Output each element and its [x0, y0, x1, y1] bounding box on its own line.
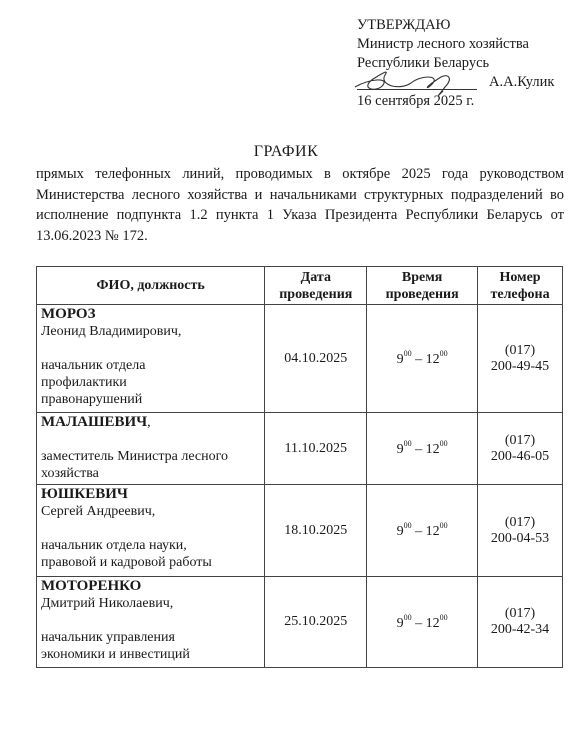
table-row: МОРОЗЛеонид Владимирович,начальник отдел…: [37, 305, 563, 413]
table-header-row: ФИО, должность Датапроведения Времяпрове…: [37, 267, 563, 305]
table-row: ЮШКЕВИЧСергей Андреевич,начальник отдела…: [37, 485, 563, 577]
phone-cell: (017)200-42-34: [478, 577, 563, 668]
header-fio: ФИО, должность: [37, 267, 265, 305]
given-name: Сергей Андреевич,: [41, 503, 260, 520]
fio-cell: МОТОРЕНКОДмитрий Николаевич,начальник уп…: [37, 577, 265, 668]
approval-block: УТВЕРЖДАЮ Министр лесного хозяйства Респ…: [357, 16, 529, 111]
time-cell: 900 – 1200: [367, 485, 478, 577]
position-line: начальник отдела: [41, 357, 260, 374]
name-suffix: ,: [147, 415, 151, 430]
date-cell: 11.10.2025: [265, 413, 367, 485]
table-row: МАЛАШЕВИЧ,заместитель Министра лесногохо…: [37, 413, 563, 485]
signature-line: [357, 89, 477, 90]
table-row: МОТОРЕНКОДмитрий Николаевич,начальник уп…: [37, 577, 563, 668]
header-date: Датапроведения: [265, 267, 367, 305]
position-line: профилактики: [41, 374, 260, 391]
phone-cell: (017)200-04-53: [478, 485, 563, 577]
position-line: правонарушений: [41, 391, 260, 408]
position-line: начальник управления: [41, 629, 260, 646]
fio-cell: МАЛАШЕВИЧ,заместитель Министра лесногохо…: [37, 413, 265, 485]
position-line: начальник отдела науки,: [41, 537, 260, 554]
position-line: хозяйства: [41, 465, 260, 482]
time-cell: 900 – 1200: [367, 413, 478, 485]
time-cell: 900 – 1200: [367, 305, 478, 413]
approval-position-line1: Министр лесного хозяйства: [357, 35, 529, 54]
position-line: экономики и инвестиций: [41, 646, 260, 663]
given-name: Дмитрий Николаевич,: [41, 595, 260, 612]
phone-cell: (017)200-49-45: [478, 305, 563, 413]
position-line: заместитель Министра лесного: [41, 448, 260, 465]
surname: МОТОРЕНКО: [41, 578, 141, 594]
date-cell: 04.10.2025: [265, 305, 367, 413]
schedule-table: ФИО, должность Датапроведения Времяпрове…: [36, 266, 563, 668]
phone-cell: (017)200-46-05: [478, 413, 563, 485]
date-cell: 18.10.2025: [265, 485, 367, 577]
surname: ЮШКЕВИЧ: [41, 486, 128, 502]
header-phone: Номертелефона: [478, 267, 563, 305]
time-cell: 900 – 1200: [367, 577, 478, 668]
document-subtitle: прямых телефонных линий, проводимых в ок…: [36, 164, 564, 246]
fio-cell: ЮШКЕВИЧСергей Андреевич,начальник отдела…: [37, 485, 265, 577]
fio-cell: МОРОЗЛеонид Владимирович,начальник отдел…: [37, 305, 265, 413]
surname: МАЛАШЕВИЧ: [41, 414, 147, 430]
signer-name: А.А.Кулик: [489, 73, 554, 92]
position-line: правовой и кадровой работы: [41, 554, 260, 571]
signature-icon: [349, 65, 479, 97]
date-cell: 25.10.2025: [265, 577, 367, 668]
approval-heading: УТВЕРЖДАЮ: [357, 16, 529, 35]
document-title: ГРАФИК: [0, 143, 572, 161]
header-time: Времяпроведения: [367, 267, 478, 305]
surname: МОРОЗ: [41, 306, 96, 322]
given-name: Леонид Владимирович,: [41, 323, 260, 340]
